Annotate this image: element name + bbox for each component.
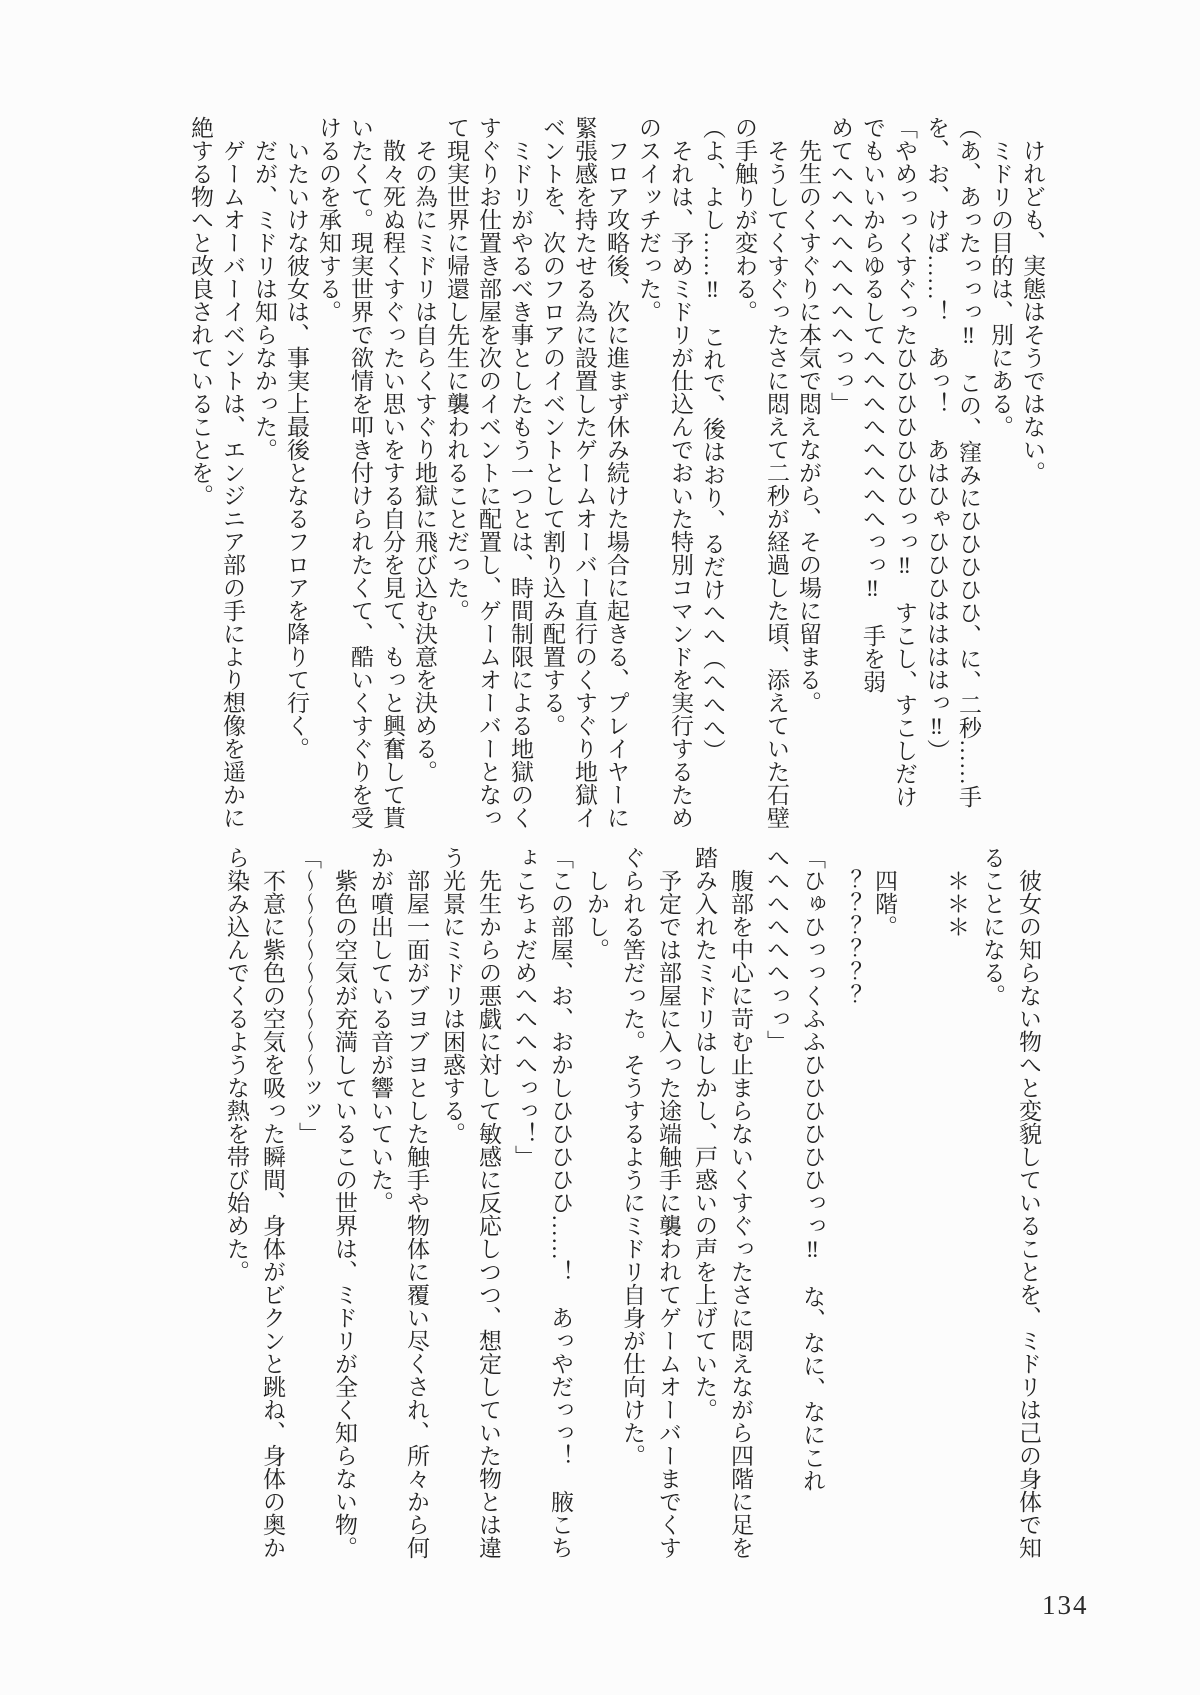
- text-line: それは、予めミドリが仕込んでおいた特別コマンドを実行するため: [664, 116, 696, 834]
- text-line: [902, 846, 938, 1564]
- text-line: すぐりお仕置き部屋を次のイベントに配置し、ゲームオーバーとなっ: [472, 116, 504, 834]
- text-line: でもいいからゆるしてへへへへへへへへっっ‼ 手を弱: [856, 116, 888, 834]
- text-line: けるのを承知する。: [312, 116, 344, 834]
- text-line: かが噴出している音が響いていた。: [362, 846, 398, 1564]
- text-line: 絶する物へと改良されていることを。: [184, 116, 216, 834]
- text-line: いたいけな彼女は、事実上最後となるフロアを降りて行く。: [280, 116, 312, 834]
- bottom-text-block: 彼女の知らない物へと変貌していることを、ミドリは己の身体で知ることになる。 ＊＊…: [218, 846, 1046, 1564]
- text-line: 「やめっっくすぐったひひひひひひひっっ‼ すこし、すこしだけ: [888, 116, 920, 834]
- text-line: 先生のくすぐりに本気で悶えながら、その場に留まる。: [792, 116, 824, 834]
- text-line: 彼女の知らない物へと変貌していることを、ミドリは己の身体で知: [1010, 846, 1046, 1564]
- text-line: ゲームオーバーイベントは、エンジニア部の手により想像を遥かに: [216, 116, 248, 834]
- text-line: けれども、実態はそうではない。: [1016, 116, 1048, 834]
- text-line: 「～～～～～～～～～ッッ」: [290, 846, 326, 1564]
- text-line: ょこちょだめへへへへっっ！」: [506, 846, 542, 1564]
- top-text-block: けれども、実態はそうではない。 ミドリの目的は、別にある。（あ、あったっっっ‼ …: [184, 116, 1048, 834]
- text-line: ベントを、次のフロアのイベントとして割り込み配置する。: [536, 116, 568, 834]
- text-line: 「この部屋、お、おかしひひひひひ……！ あっやだっっ！ 腋こち: [542, 846, 578, 1564]
- novel-page: けれども、実態はそうではない。 ミドリの目的は、別にある。（あ、あったっっっ‼ …: [0, 0, 1200, 1695]
- text-line: 四階。: [866, 846, 902, 1564]
- text-line: いたくて。現実世界で欲情を叩き付けられたくて、酷いくすぐりを受: [344, 116, 376, 834]
- text-line: （よ、よし……‼ これで、後はおり、るだけへへ（へへへ）: [696, 116, 728, 834]
- text-line: の手触りが変わる。: [728, 116, 760, 834]
- text-line: ？？？？？？: [830, 846, 866, 1564]
- text-line: 散々死ぬ程くすぐったい思いをする自分を見て、もっと興奮して貰: [376, 116, 408, 834]
- text-line: 腹部を中心に苛む止まらないくすぐったさに悶えながら四階に足を: [722, 846, 758, 1564]
- text-line: を、お、けば……！ あっ！ あはひゃひひひははははっ‼）: [920, 116, 952, 834]
- text-line: 「ひゅひっっくふふひひひひひひっっ‼ な、なに、なにこれ: [794, 846, 830, 1564]
- text-line: 部屋一面がブヨブヨとした触手や物体に覆い尽くされ、所々から何: [398, 846, 434, 1564]
- text-line: へへへへへへっっ」: [758, 846, 794, 1564]
- text-line: 紫色の空気が充満しているこの世界は、ミドリが全く知らない物。: [326, 846, 362, 1564]
- text-line: 予定では部屋に入った途端触手に襲われてゲームオーバーまでくす: [650, 846, 686, 1564]
- page-number: 134: [1042, 1590, 1089, 1621]
- text-line: ら染み込んでくるような熱を帯び始めた。: [218, 846, 254, 1564]
- text-line: う光景にミドリは困惑する。: [434, 846, 470, 1564]
- text-line: ミドリがやるべき事としたもう一つとは、時間制限による地獄のく: [504, 116, 536, 834]
- text-line: ＊＊＊: [938, 846, 974, 1564]
- text-line: 不意に紫色の空気を吸った瞬間、身体がビクンと跳ね、身体の奥か: [254, 846, 290, 1564]
- text-line: のスイッチだった。: [632, 116, 664, 834]
- text-line: ることになる。: [974, 846, 1010, 1564]
- text-line: だが、ミドリは知らなかった。: [248, 116, 280, 834]
- text-line: 先生からの悪戯に対して敏感に反応しつつ、想定していた物とは違: [470, 846, 506, 1564]
- text-line: しかし。: [578, 846, 614, 1564]
- text-line: ミドリの目的は、別にある。: [984, 116, 1016, 834]
- text-line: 踏み入れたミドリはしかし、戸惑いの声を上げていた。: [686, 846, 722, 1564]
- text-line: て現実世界に帰還し先生に襲われることだった。: [440, 116, 472, 834]
- text-line: フロア攻略後、次に進まず休み続けた場合に起きる、プレイヤーに: [600, 116, 632, 834]
- text-line: （あ、あったっっっ‼ この、窪みにひひひひひ、に、二秒……手: [952, 116, 984, 834]
- text-line: めてへへへへへへへへっっ」: [824, 116, 856, 834]
- text-line: 緊張感を持たせる為に設置したゲームオーバー直行のくすぐり地獄イ: [568, 116, 600, 834]
- text-line: そうしてくすぐったさに悶えて二秒が経過した頃、添えていた石壁: [760, 116, 792, 834]
- text-line: その為にミドリは自らくすぐり地獄に飛び込む決意を決める。: [408, 116, 440, 834]
- text-line: ぐられる筈だった。そうするようにミドリ自身が仕向けた。: [614, 846, 650, 1564]
